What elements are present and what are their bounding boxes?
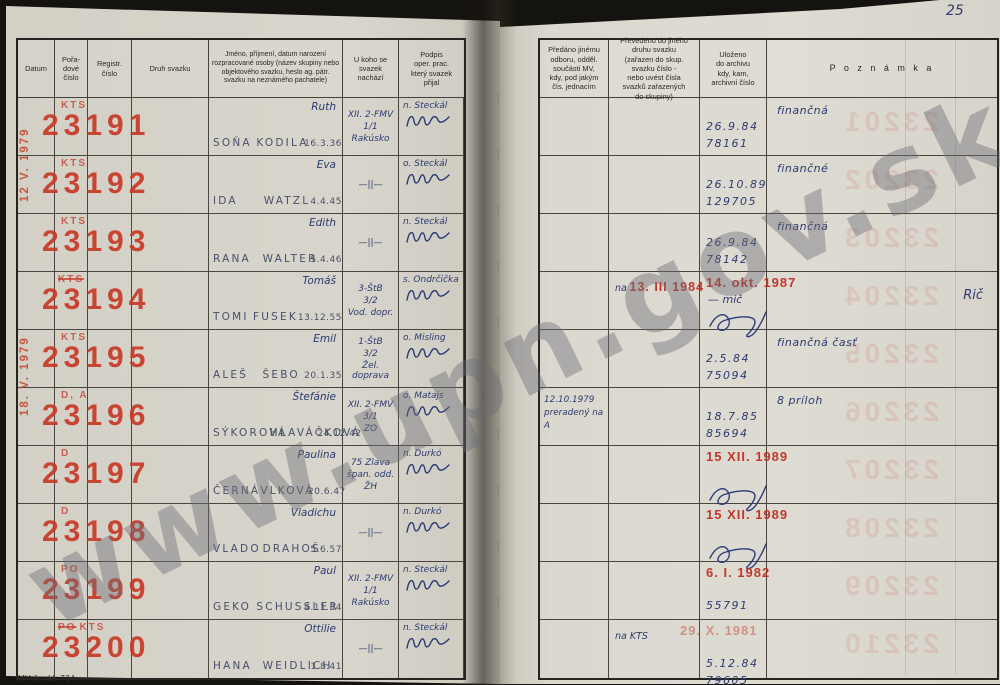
surname: WEIDLICH — [263, 660, 311, 672]
name-cell: Tomáš TOMI FUSEK 13.12.55 — [209, 272, 343, 329]
surname: FUSEK — [253, 311, 298, 323]
officer-name: n. Steckál — [399, 98, 463, 111]
registry-row: Eva IDA WATZL 4.4.45 —||— o. Steckál KTS… — [18, 156, 464, 214]
person-name-line: ČERNÁ VLKOVÁ 20.6.47 — [213, 485, 342, 497]
archive-date-stamp: 14. okt. 1987 — [706, 275, 766, 290]
column-header-druh: Druh svazku — [132, 40, 209, 97]
registry-row: 26.9.8478142 finančná 23203 — [540, 214, 997, 272]
prevedeno-cell — [609, 388, 700, 445]
conversion-note — [609, 214, 699, 222]
prevedeno-cell — [609, 330, 700, 387]
column-header-poznamka: P o z n á m k a — [767, 40, 997, 97]
remark-text — [767, 446, 997, 452]
holder-cell: —||— — [343, 156, 399, 213]
archive-date-stamp: 15 XII. 1989 — [706, 449, 766, 464]
remark-text — [767, 620, 997, 626]
faint-date-stamp: 29. X. 1981 — [680, 623, 766, 638]
first-name: IDA — [213, 195, 264, 207]
remark-text — [767, 562, 997, 568]
signature-scribble — [405, 112, 451, 132]
registry-row: 26.10.89129705 finančné 23202 — [540, 156, 997, 214]
person-name-line: IDA WATZL 4.4.45 — [213, 195, 342, 207]
person-name-line: GEKO SCHUSSLER 4.11.34 — [213, 601, 342, 613]
archive-cell: 26.10.89129705 — [700, 156, 767, 213]
holder-text: —||— — [343, 504, 398, 561]
transfer-note — [540, 98, 608, 104]
surname: WATZL — [264, 195, 311, 207]
druh-svazku-cell — [132, 214, 209, 271]
officer-name: n. Durkó — [399, 446, 463, 459]
signature-cell: o. Misling — [399, 330, 464, 387]
column-header-registr: Registr. číslo — [88, 40, 132, 97]
surname: SCHUSSLER — [256, 601, 304, 613]
holder-cell: —||— — [343, 214, 399, 271]
birth-date: 5.6.57 — [310, 545, 342, 555]
officer-name: o. Matajs — [399, 388, 463, 401]
name-cell: Edith RANA WALTER 5.4.46 — [209, 214, 343, 271]
datum-cell — [18, 620, 55, 678]
surname: KODILA — [256, 137, 304, 149]
poradove-cell — [55, 446, 88, 503]
officer-name: n. Steckál — [399, 214, 463, 227]
predano-cell — [540, 156, 609, 213]
registry-row: Ottilie HANA WEIDLICH 1.8.41 —||— n. Ste… — [18, 620, 464, 678]
cover-name: Eva — [317, 159, 336, 171]
holder-cell: 1-ŠtB3/2Žel. doprava — [343, 330, 399, 387]
right-table-body: 26.9.8478161 finančná 23201 26.10.891297… — [540, 98, 997, 678]
registry-row: 2.5.8475094 finančná časť 23205 — [540, 330, 997, 388]
poradove-cell — [55, 98, 88, 155]
name-cell: Štefánie SÝKOROVÁ HLAVÁČKOVÁ 24.12.42 — [209, 388, 343, 445]
predano-cell — [540, 620, 609, 678]
datum-cell — [18, 504, 55, 561]
registr-cell — [88, 562, 132, 619]
archive-number: 5.12.8479605 — [706, 656, 766, 685]
conversion-note — [609, 562, 699, 570]
holder-cell: 75 Zlavašpan. odd.ŽH — [343, 446, 399, 503]
poznamka-cell: 8 príloh 23206 — [767, 388, 997, 445]
registr-cell — [88, 156, 132, 213]
archive-number: 26.10.89129705 — [706, 177, 766, 210]
poznamka-cell: finančné 23202 — [767, 156, 997, 213]
holder-cell: 3-ŠtB3/2Vod. dopr. — [343, 272, 399, 329]
druh-svazku-cell — [132, 562, 209, 619]
left-table-body: Ruth SOŇA KODILA 16.3.36 XII. 2-FMV1/1Ra… — [18, 98, 464, 678]
prevedeno-cell — [609, 504, 700, 561]
transfer-note — [540, 446, 608, 452]
name-cell: Paul GEKO SCHUSSLER 4.11.34 — [209, 562, 343, 619]
signature-scribble — [405, 634, 451, 654]
poznamka-cell: 23210 — [767, 620, 997, 678]
predano-cell: 12.10.1979preradený na A — [540, 388, 609, 445]
holder-text: —||— — [343, 156, 398, 213]
prevedeno-cell — [609, 214, 700, 271]
column-header-predano: Předáno jinému odboru, odděl. součásti M… — [540, 40, 609, 97]
remark-text: finančné — [767, 156, 997, 175]
archive-cell: 18.7.8585694 — [700, 388, 767, 445]
archive-cell: 6. I. 1982 55791 — [700, 562, 767, 619]
person-name-line: SOŇA KODILA 16.3.36 — [213, 137, 342, 149]
registr-cell — [88, 330, 132, 387]
signature-cell: s. Ondrčička — [399, 272, 464, 329]
holder-cell: —||— — [343, 620, 399, 678]
registry-row: 15 XII. 1989 23207 — [540, 446, 997, 504]
first-name: SÝKOROVÁ — [213, 427, 270, 439]
signature-cell: n. Durkó — [399, 446, 464, 503]
archive-cell: 15 XII. 1989 — [700, 446, 767, 503]
archive-number: 18.7.8585694 — [706, 409, 766, 442]
datum-cell — [18, 214, 55, 271]
predano-cell — [540, 330, 609, 387]
surname: HLAVÁČKOVÁ — [270, 427, 318, 439]
transfer-note — [540, 214, 608, 220]
person-name-line: SÝKOROVÁ HLAVÁČKOVÁ 24.12.42 — [213, 427, 342, 439]
druh-svazku-cell — [132, 272, 209, 329]
poradove-cell — [55, 156, 88, 213]
bleed-through-number: 23209 — [841, 570, 939, 602]
bleed-through-number: 23207 — [841, 454, 939, 486]
poradove-cell — [55, 214, 88, 271]
holder-cell: —||— — [343, 504, 399, 561]
druh-svazku-cell — [132, 620, 209, 678]
bleed-through-line — [955, 40, 956, 675]
cover-name: Edith — [309, 217, 336, 229]
poznamka-cell: finančná 23203 — [767, 214, 997, 271]
birth-date: 4.4.45 — [310, 197, 342, 207]
cover-name: Ruth — [311, 101, 336, 113]
bleed-through-number: 23204 — [841, 280, 939, 312]
archive-date-stamp: 15 XII. 1989 — [706, 507, 766, 522]
transfer-note — [540, 504, 608, 510]
conversion-note — [609, 446, 699, 454]
column-header-ulozeno: Uloženo do archivu kdy, kam, archivní čí… — [700, 40, 767, 97]
conversion-note — [609, 98, 699, 106]
first-name: ČERNÁ — [213, 485, 260, 497]
druh-svazku-cell — [132, 98, 209, 155]
poznamka-cell: 23208 — [767, 504, 997, 561]
birth-date: 4.11.34 — [304, 603, 342, 613]
remark-text: finančná — [767, 98, 997, 117]
signature-cell: n. Steckál — [399, 214, 464, 271]
right-registry-table: Předáno jinému odboru, odděl. součásti M… — [538, 38, 999, 680]
registry-row: 15 XII. 1989 23208 — [540, 504, 997, 562]
officer-name: s. Ondrčička — [399, 272, 463, 285]
datum-cell — [18, 272, 55, 329]
signature-scribble — [405, 460, 451, 480]
registry-row: Edith RANA WALTER 5.4.46 —||— n. Steckál… — [18, 214, 464, 272]
registr-cell — [88, 214, 132, 271]
registry-row: Paulina ČERNÁ VLKOVÁ 20.6.47 75 Zlavašpa… — [18, 446, 464, 504]
holder-text: 75 Zlavašpan. odd.ŽH — [343, 446, 398, 503]
registry-row: na KTS 29. X. 1981 5.12.8479605 23210 — [540, 620, 997, 678]
birth-date: 1.8.41 — [310, 662, 342, 672]
person-name-line: VLADO DRAHOŠ 5.6.57 — [213, 543, 342, 555]
holder-cell: XII. 2-FMV1/1Rakúsko — [343, 562, 399, 619]
poznamka-cell: finančná 23201 — [767, 98, 997, 155]
poradove-cell — [55, 620, 88, 678]
transfer-note — [540, 620, 608, 626]
archive-cell: 26.9.8478161 — [700, 98, 767, 155]
transfer-note — [540, 330, 608, 336]
first-name: ALEŠ — [213, 369, 263, 381]
registr-cell — [88, 504, 132, 561]
registr-cell — [88, 98, 132, 155]
cover-name: Paul — [314, 565, 336, 577]
signature-scribble — [405, 402, 451, 422]
first-name: TOMI — [213, 311, 253, 323]
poznamka-cell: Rič 23204 — [767, 272, 997, 329]
column-header-poradove: Pořa- dové číslo — [55, 40, 88, 97]
registry-row: na 13. III 1984 14. okt. 1987— mič Rič 2… — [540, 272, 997, 330]
remark-text: 8 príloh — [767, 388, 997, 407]
signature-scribble — [405, 170, 451, 190]
bleed-through-line — [905, 40, 906, 675]
signature-scribble — [405, 228, 451, 248]
registry-row: Ruth SOŇA KODILA 16.3.36 XII. 2-FMV1/1Ra… — [18, 98, 464, 156]
predano-cell — [540, 98, 609, 155]
archive-number: 26.9.8478161 — [706, 119, 766, 152]
predano-cell — [540, 562, 609, 619]
registry-row: 12.10.1979preradený na A 18.7.8585694 8 … — [540, 388, 997, 446]
archive-cell: 29. X. 1981 5.12.8479605 — [700, 620, 767, 678]
cover-name: Vladichu — [291, 507, 336, 519]
druh-svazku-cell — [132, 446, 209, 503]
registry-row: Emil ALEŠ ŠEBO 20.1.35 1-ŠtB3/2Žel. dopr… — [18, 330, 464, 388]
holder-text: 3-ŠtB3/2Vod. dopr. — [343, 272, 398, 329]
druh-svazku-cell — [132, 388, 209, 445]
surname: WALTER — [263, 253, 311, 265]
person-name-line: TOMI FUSEK 13.12.55 — [213, 311, 342, 323]
first-name: RANA — [213, 253, 263, 265]
conversion-note: na 13. III 1984 — [609, 272, 699, 294]
scanned-registry-spread: Datum Pořa- dové číslo Registr. číslo Dr… — [0, 0, 1000, 685]
registr-cell — [88, 446, 132, 503]
holder-cell: XII. 2-FMV1/1Rakúsko — [343, 98, 399, 155]
column-header-prevedeno: Převedeno do jiného druhu svazku (zařaze… — [609, 40, 700, 97]
right-table-header: Předáno jinému odboru, odděl. součásti M… — [540, 40, 997, 98]
druh-svazku-cell — [132, 330, 209, 387]
birth-date: 13.12.55 — [298, 313, 342, 323]
signature-scribble — [405, 286, 451, 306]
registry-row: Tomáš TOMI FUSEK 13.12.55 3-ŠtB3/2Vod. d… — [18, 272, 464, 330]
remark-text: finančná časť — [767, 330, 997, 349]
archive-cell: 2.5.8475094 — [700, 330, 767, 387]
conversion-note — [609, 156, 699, 164]
archive-date-stamp: 6. I. 1982 — [706, 565, 766, 580]
transfer-note — [540, 272, 608, 278]
cover-name: Štefánie — [293, 391, 336, 403]
registry-row: 6. I. 1982 55791 23209 — [540, 562, 997, 620]
prevedeno-cell — [609, 156, 700, 213]
name-cell: Ruth SOŇA KODILA 16.3.36 — [209, 98, 343, 155]
form-code: MV č. skl. 734 — [18, 674, 75, 683]
poradove-cell — [55, 330, 88, 387]
date-stamp: 12 V. 1979 — [19, 102, 31, 202]
birth-date: 20.6.47 — [308, 487, 346, 497]
remark-text — [767, 272, 997, 278]
predano-cell — [540, 504, 609, 561]
holder-cell: XII. 2-FMV3/1ZO — [343, 388, 399, 445]
poznamka-cell: finančná časť 23205 — [767, 330, 997, 387]
cover-name: Tomáš — [302, 275, 336, 287]
officer-name: o. Steckál — [399, 156, 463, 169]
transfer-note — [540, 156, 608, 162]
druh-svazku-cell — [132, 504, 209, 561]
birth-date: 5.4.46 — [310, 255, 342, 265]
remark-text: finančná — [767, 214, 997, 233]
predano-cell — [540, 446, 609, 503]
archive-number: 26.9.8478142 — [706, 235, 766, 268]
registr-cell — [88, 620, 132, 678]
birth-date: 20.1.35 — [304, 371, 342, 381]
poznamka-cell: 23209 — [767, 562, 997, 619]
signature-cell: o. Steckál — [399, 156, 464, 213]
signature-cell: n. Durkó — [399, 504, 464, 561]
holder-text: —||— — [343, 620, 398, 678]
officer-name: n. Steckál — [399, 562, 463, 575]
poradove-cell — [55, 388, 88, 445]
registry-row: Vladichu VLADO DRAHOŠ 5.6.57 —||— n. Dur… — [18, 504, 464, 562]
officer-name: o. Misling — [399, 330, 463, 343]
officer-name: n. Steckál — [399, 620, 463, 633]
first-name: HANA — [213, 660, 263, 672]
poradove-cell — [55, 272, 88, 329]
holder-text: 1-ŠtB3/2Žel. doprava — [343, 330, 398, 387]
column-header-ukoho: U koho se svazek nachází — [343, 40, 399, 97]
binding-stitches — [497, 48, 499, 648]
page-number: 25 — [946, 3, 964, 19]
archive-cell: 15 XII. 1989 — [700, 504, 767, 561]
archive-number: 2.5.8475094 — [706, 351, 766, 384]
registr-cell — [88, 272, 132, 329]
conversion-note — [609, 388, 699, 396]
date-stamp: 18. V. 1979 — [19, 334, 31, 416]
transfer-note: 12.10.1979preradený na A — [540, 388, 608, 434]
poznamka-cell: 23207 — [767, 446, 997, 503]
holder-text: XII. 2-FMV1/1Rakúsko — [343, 98, 398, 155]
predano-cell — [540, 272, 609, 329]
holder-text: XII. 2-FMV3/1ZO — [343, 388, 398, 445]
left-registry-table: Datum Pořa- dové číslo Registr. číslo Dr… — [16, 38, 466, 680]
signature-scribble — [405, 576, 451, 596]
holder-text: XII. 2-FMV1/1Rakúsko — [343, 562, 398, 619]
column-header-jmeno: Jméno, příjmení, datum narození rozpraco… — [209, 40, 343, 97]
remark-text — [767, 504, 997, 510]
predano-cell — [540, 214, 609, 271]
prevedeno-cell — [609, 446, 700, 503]
archive-cell: 26.9.8478142 — [700, 214, 767, 271]
person-name-line: RANA WALTER 5.4.46 — [213, 253, 342, 265]
signature-cell: n. Steckál — [399, 620, 464, 678]
poradove-cell — [55, 562, 88, 619]
person-name-line: HANA WEIDLICH 1.8.41 — [213, 660, 342, 672]
holder-text: —||— — [343, 214, 398, 271]
conversion-note — [609, 330, 699, 338]
registry-row: Paul GEKO SCHUSSLER 4.11.34 XII. 2-FMV1/… — [18, 562, 464, 620]
left-table-header: Datum Pořa- dové číslo Registr. číslo Dr… — [18, 40, 464, 98]
prevedeno-cell — [609, 562, 700, 619]
archive-note: — mič — [708, 293, 742, 306]
transfer-note — [540, 562, 608, 568]
cover-name: Emil — [313, 333, 336, 345]
remark-right-text: Rič — [963, 288, 983, 303]
archive-number: 55791 — [706, 598, 766, 615]
first-name: VLADO — [213, 543, 263, 555]
surname: DRAHOŠ — [263, 543, 311, 555]
conversion-note — [609, 504, 699, 512]
name-cell: Eva IDA WATZL 4.4.45 — [209, 156, 343, 213]
datum-cell — [18, 562, 55, 619]
name-cell: Ottilie HANA WEIDLICH 1.8.41 — [209, 620, 343, 678]
name-cell: Emil ALEŠ ŠEBO 20.1.35 — [209, 330, 343, 387]
column-header-datum: Datum — [18, 40, 55, 97]
first-name: SOŇA — [213, 137, 256, 149]
bleed-through-number: 23210 — [841, 628, 939, 660]
signature-cell: n. Steckál — [399, 98, 464, 155]
registry-row: 26.9.8478161 finančná 23201 — [540, 98, 997, 156]
prevedeno-cell — [609, 98, 700, 155]
officer-name: n. Durkó — [399, 504, 463, 517]
signature-cell: o. Matajs — [399, 388, 464, 445]
prevedeno-cell: na 13. III 1984 — [609, 272, 700, 329]
registry-row: Štefánie SÝKOROVÁ HLAVÁČKOVÁ 24.12.42 XI… — [18, 388, 464, 446]
surname: VLKOVÁ — [260, 485, 308, 497]
signature-scribble — [405, 344, 451, 364]
column-header-podpis: Podpis oper. prac. který svazek přijal — [399, 40, 464, 97]
datum-cell — [18, 446, 55, 503]
archive-cell: 14. okt. 1987— mič — [700, 272, 767, 329]
signature-cell: n. Steckál — [399, 562, 464, 619]
poradove-cell — [55, 504, 88, 561]
bleed-through-number: 23208 — [841, 512, 939, 544]
first-name: GEKO — [213, 601, 256, 613]
person-name-line: ALEŠ ŠEBO 20.1.35 — [213, 369, 342, 381]
name-cell: Vladichu VLADO DRAHOŠ 5.6.57 — [209, 504, 343, 561]
cover-name: Ottilie — [304, 623, 336, 635]
druh-svazku-cell — [132, 156, 209, 213]
registr-cell — [88, 388, 132, 445]
surname: ŠEBO — [263, 369, 305, 381]
date-stamp: 13. III 1984 — [629, 280, 704, 294]
signature-scribble — [405, 518, 451, 538]
name-cell: Paulina ČERNÁ VLKOVÁ 20.6.47 — [209, 446, 343, 503]
birth-date: 16.3.36 — [304, 139, 342, 149]
cover-name: Paulina — [298, 449, 336, 461]
